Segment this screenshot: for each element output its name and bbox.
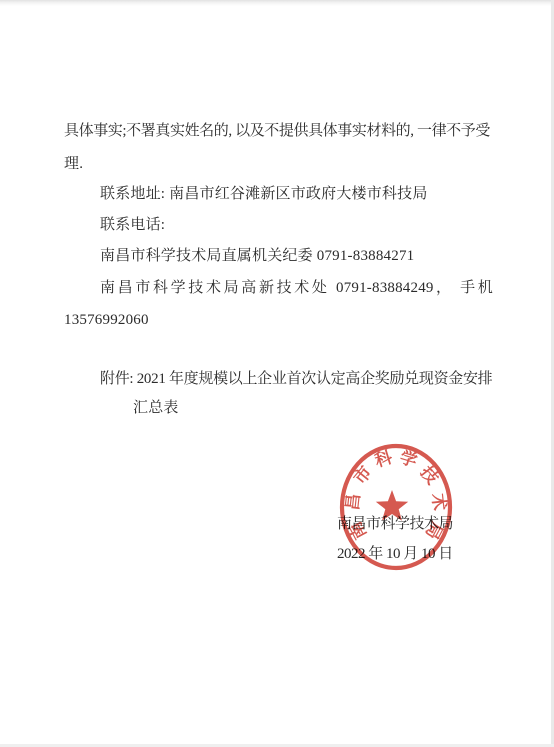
- phone-line-hightech-office: 南昌市科学技术局高新技术处 0791-83884249， 手机: [100, 280, 493, 296]
- phone-line-mobile: 13576992060: [64, 312, 149, 328]
- seal-char: 市: [349, 462, 375, 488]
- official-seal: 南 昌 市 科 学 技 术 局: [326, 437, 466, 577]
- contact-phone-label: 联系电话:: [100, 217, 165, 233]
- seal-char: 技: [416, 461, 443, 488]
- contact-address: 联系地址: 南昌市红谷滩新区市政府大楼市科技局: [100, 186, 428, 202]
- attachment-line-1: 附件: 2021 年度规模以上企业首次认定高企奖励兑现资金安排: [100, 371, 492, 387]
- phone-line-discipline-office: 南昌市科学技术局直属机关纪委 0791-83884271: [100, 248, 414, 264]
- attachment-line-2: 汇总表: [133, 400, 179, 416]
- page-top-edge: [0, 0, 554, 6]
- seal-star-icon: [376, 490, 408, 521]
- seal-char: 昌: [343, 493, 364, 512]
- seal-char: 术: [428, 491, 450, 511]
- body-text-line-2: 理.: [64, 156, 83, 172]
- body-text-line-1: 具体事实;不署真实姓名的, 以及不提供具体事实材料的, 一律不予受: [64, 123, 490, 139]
